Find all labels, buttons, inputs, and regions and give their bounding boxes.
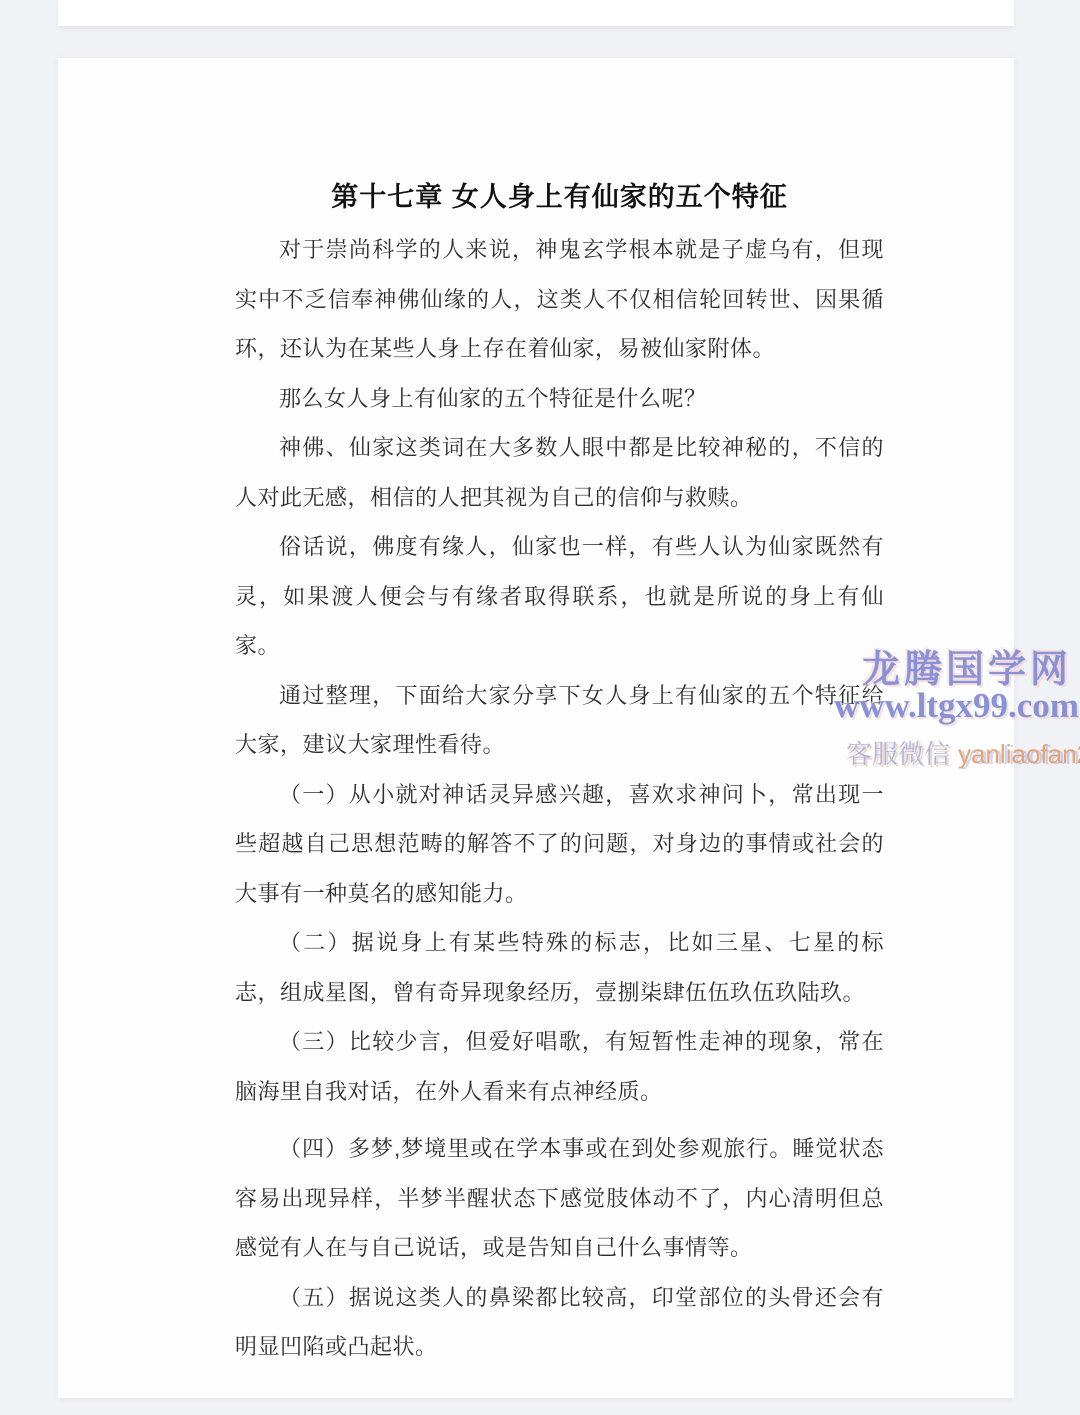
document-page: 第十七章 女人身上有仙家的五个特征 对于崇尚科学的人来说，神鬼玄学根本就是子虚乌… [58, 58, 1014, 1398]
previous-page-bottom [58, 0, 1014, 26]
paragraph-feature-3: （三）比较少言，但爱好唱歌，有短暂性走神的现象，常在脑海里自我对话，在外人看来有… [235, 1017, 884, 1116]
paragraph-feature-5: （五）据说这类人的鼻梁都比较高，印堂部位的头骨还会有明显凹陷或凸起状。 [235, 1273, 884, 1372]
paragraph-feature-1: （一）从小就对神话灵异感兴趣，喜欢求神问卜，常出现一些超越自己思想范畴的解答不了… [235, 770, 884, 919]
paragraph-3: 神佛、仙家这类词在大多数人眼中都是比较神秘的，不信的人对此无感，相信的人把其视为… [235, 423, 884, 522]
chapter-title: 第十七章 女人身上有仙家的五个特征 [235, 172, 884, 222]
paragraph-4: 俗话说，佛度有缘人，仙家也一样，有些人认为仙家既然有灵，如果渡人便会与有缘者取得… [235, 522, 884, 671]
paragraph-1: 对于崇尚科学的人来说，神鬼玄学根本就是子虚乌有，但现实中不乏信奉神佛仙缘的人，这… [235, 225, 884, 374]
paragraph-2: 那么女人身上有仙家的五个特征是什么呢？ [235, 374, 884, 424]
document-viewer: 第十七章 女人身上有仙家的五个特征 对于崇尚科学的人来说，神鬼玄学根本就是子虚乌… [0, 0, 1080, 1415]
paragraph-feature-4: （四）多梦,梦境里或在学本事或在到处参观旅行。睡觉状态容易出现异样，半梦半醒状态… [235, 1124, 884, 1273]
paragraph-feature-2: （二）据说身上有某些特殊的标志，比如三星、七星的标志，组成星图，曾有奇异现象经历… [235, 918, 884, 1017]
paragraph-5: 通过整理，下面给大家分享下女人身上有仙家的五个特征给大家，建议大家理性看待。 [235, 671, 884, 770]
